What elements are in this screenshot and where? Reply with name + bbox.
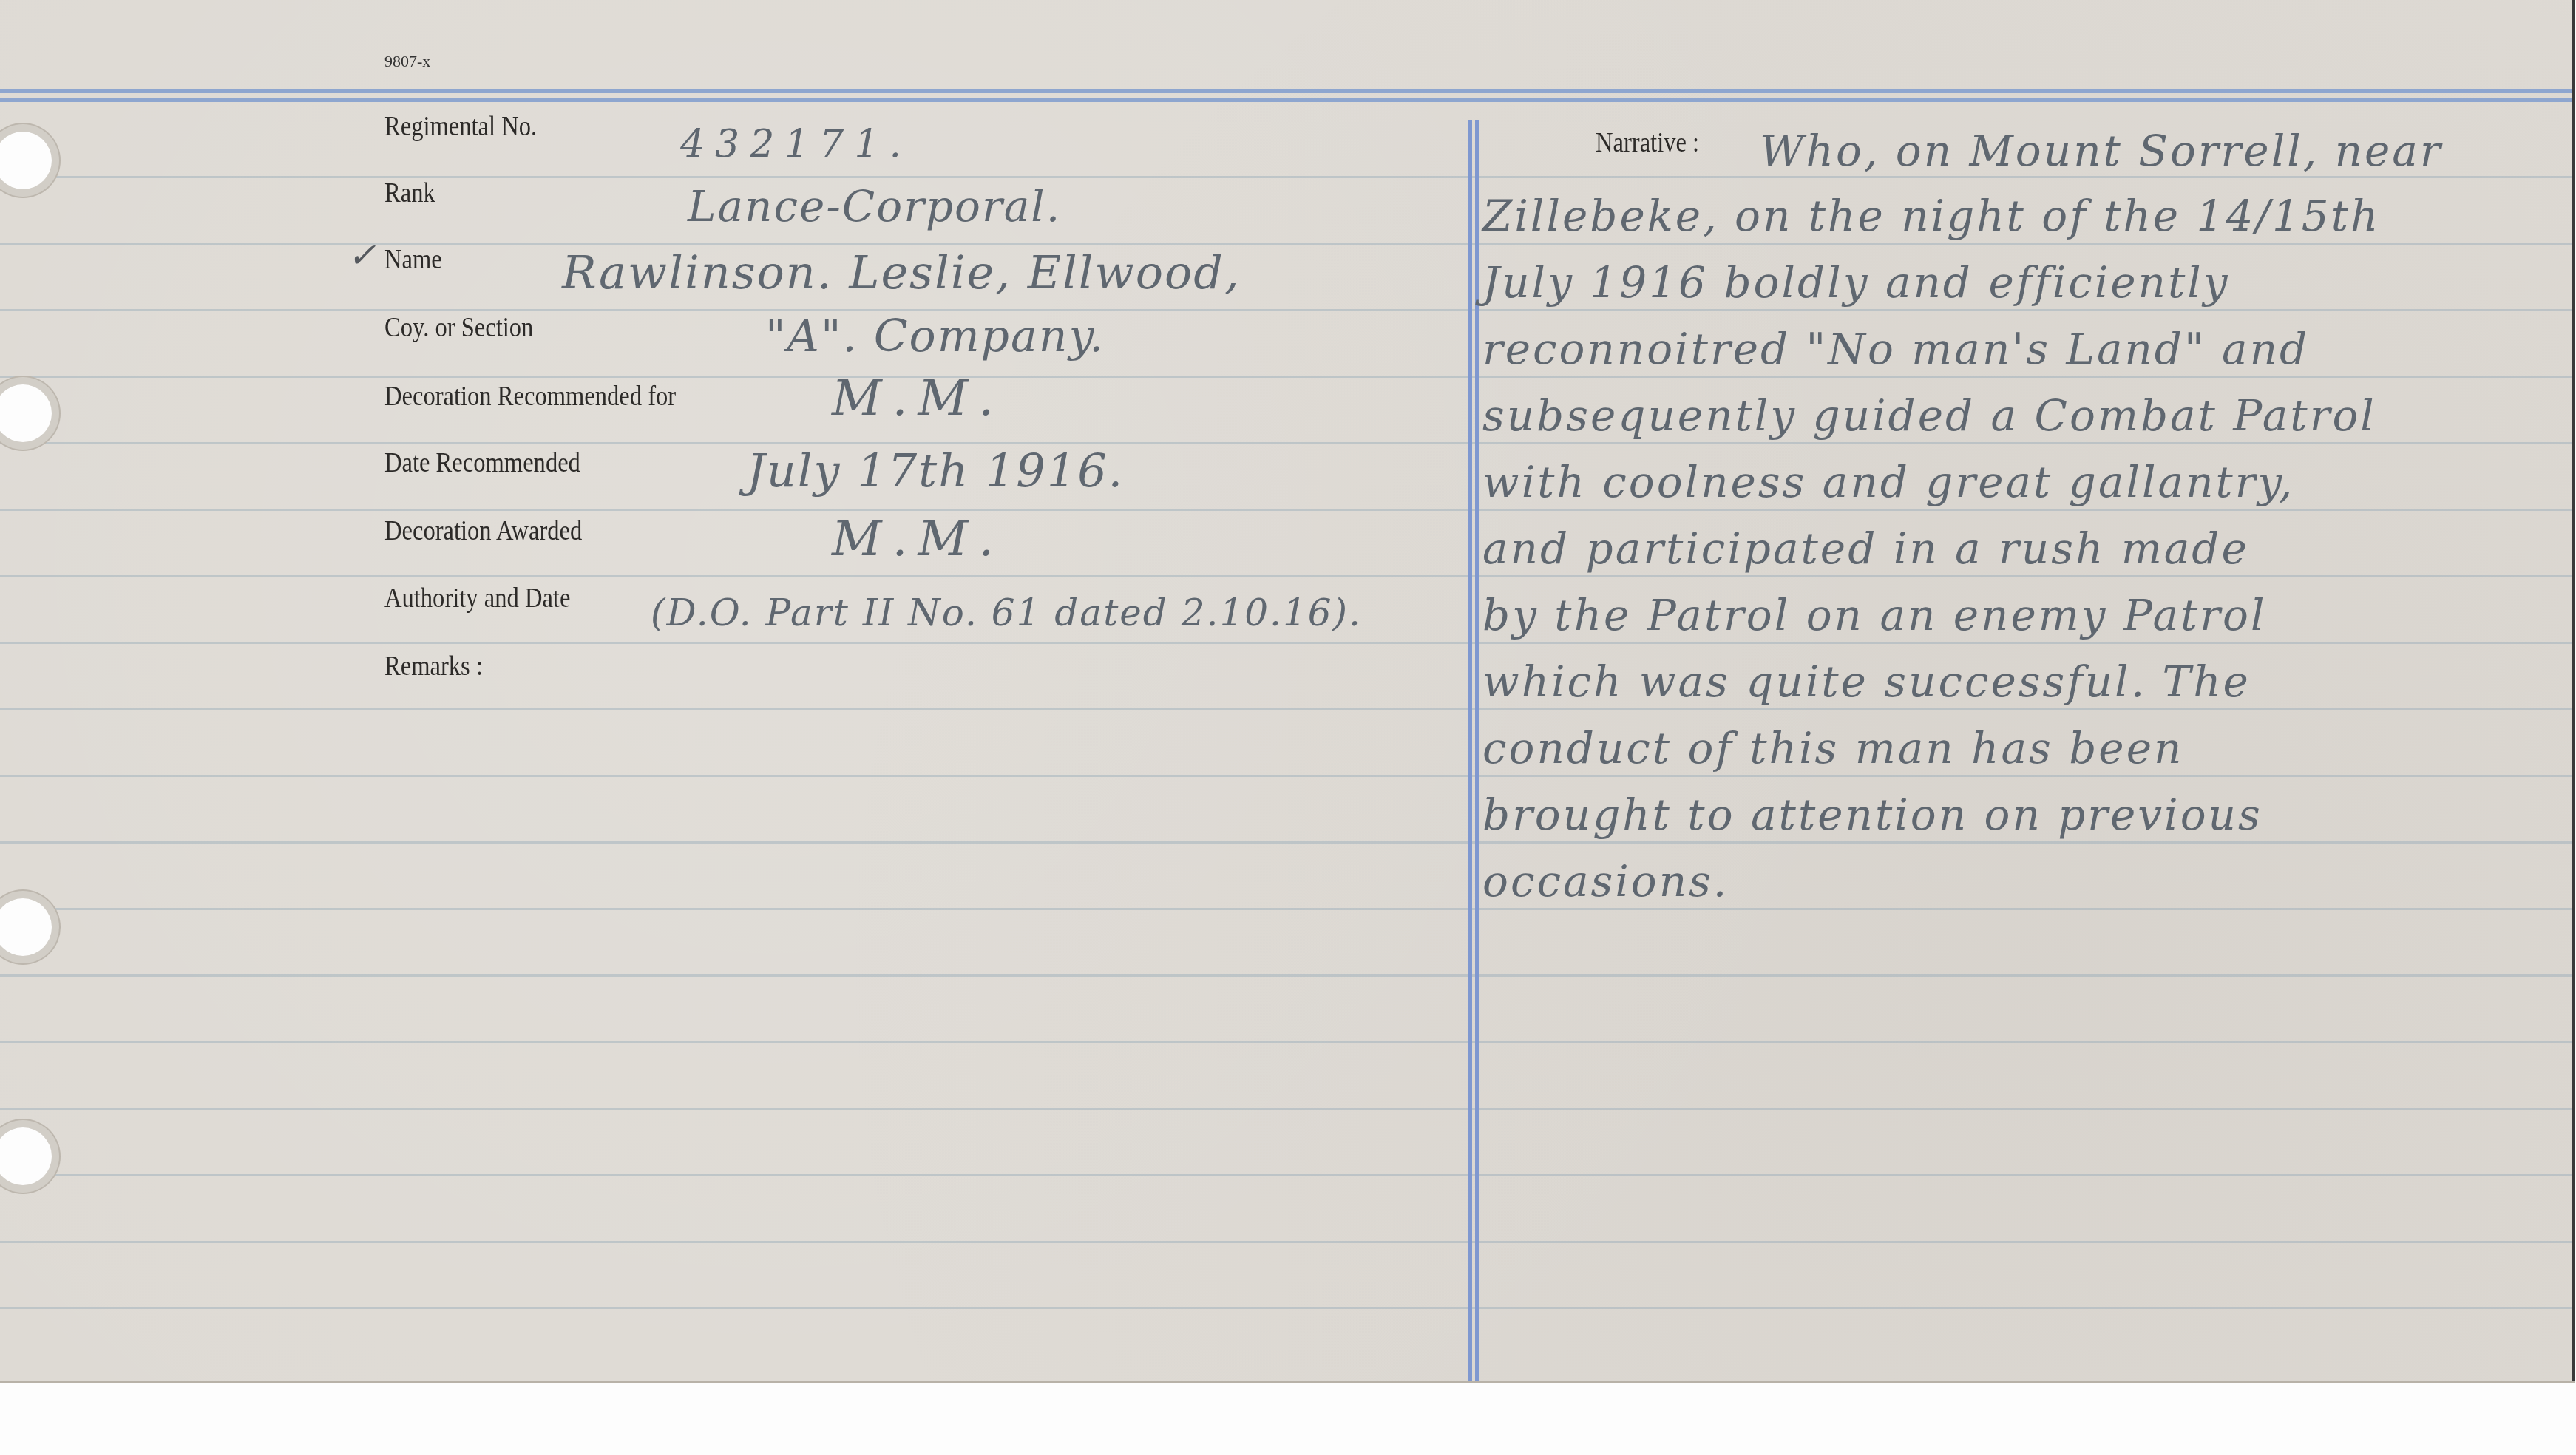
- ruled-line: [0, 1174, 2572, 1176]
- ruled-line: [0, 1108, 2572, 1110]
- narrative-line: subsequently guided a Combat Patrol: [1482, 390, 2376, 441]
- label-coy-section: Coy. or Section: [384, 312, 533, 344]
- value-name: Rawlinson. Leslie, Ellwood,: [562, 245, 1241, 299]
- header-rule: [0, 98, 2572, 102]
- ruled-line: [0, 376, 2572, 378]
- record-card: 9807-x Regimental No. Rank ✓ Name Coy. o…: [0, 0, 2575, 1381]
- value-decoration-awarded: M.M.: [832, 510, 1004, 567]
- narrative-line: with coolness and great gallantry,: [1482, 457, 2294, 507]
- punch-hole: [0, 898, 52, 956]
- ruled-line: [0, 509, 2572, 511]
- narrative-line: occasions.: [1482, 856, 1729, 906]
- narrative-line: Who, on Mount Sorrell, near: [1760, 126, 2443, 176]
- check-mark-icon: ✓: [348, 235, 376, 275]
- value-date-recommended: July 17th 1916.: [747, 444, 1124, 498]
- label-rank: Rank: [384, 177, 435, 209]
- value-rank: Lance-Corporal.: [688, 181, 1061, 231]
- ruled-line: [0, 442, 2572, 444]
- narrative-label: Narrative :: [1596, 127, 1699, 159]
- ruled-line: [0, 575, 2572, 577]
- ruled-line: [0, 974, 2572, 977]
- punch-hole: [0, 1127, 52, 1185]
- label-name: Name: [384, 244, 442, 276]
- value-authority-date: (D.O. Part II No. 61 dated 2.10.16).: [651, 591, 1362, 634]
- narrative-line: conduct of this man has been: [1482, 723, 2183, 773]
- narrative-line: brought to attention on previous: [1482, 790, 2263, 840]
- column-divider: [1475, 120, 1479, 1381]
- ruled-line: [0, 908, 2572, 910]
- value-regimental-no: 432171.: [680, 122, 912, 166]
- ruled-line: [0, 1241, 2572, 1243]
- ruled-line: [0, 708, 2572, 710]
- narrative-line: Zillebeke, on the night of the 14/15th: [1482, 191, 2380, 241]
- value-coy-section: "A". Company.: [765, 311, 1105, 362]
- label-remarks: Remarks :: [384, 651, 483, 682]
- narrative-line: July 1916 boldly and efficiently: [1482, 257, 2230, 308]
- label-regimental-no: Regimental No.: [384, 111, 537, 143]
- label-decoration-awarded: Decoration Awarded: [384, 515, 582, 547]
- form-code: 9807-x: [384, 52, 430, 71]
- column-divider: [1468, 120, 1472, 1381]
- narrative-line: and participated in a rush made: [1482, 523, 2249, 574]
- header-rule: [0, 89, 2572, 93]
- narrative-line: by the Patrol on an enemy Patrol: [1482, 590, 2266, 640]
- label-authority-date: Authority and Date: [384, 583, 570, 614]
- label-decoration-recommended: Decoration Recommended for: [384, 381, 676, 413]
- value-decoration-recommended: M.M.: [832, 370, 1004, 427]
- ruled-line: [0, 1307, 2572, 1309]
- punch-hole: [0, 132, 52, 189]
- ruled-line: [0, 841, 2572, 844]
- narrative-line: reconnoitred "No man's Land" and: [1482, 324, 2309, 374]
- punch-hole: [0, 384, 52, 442]
- narrative-line: which was quite successful. The: [1482, 657, 2251, 707]
- ruled-line: [0, 642, 2572, 644]
- ruled-line: [0, 775, 2572, 777]
- label-date-recommended: Date Recommended: [384, 447, 580, 479]
- ruled-line: [0, 1041, 2572, 1043]
- ruled-line: [0, 309, 2572, 311]
